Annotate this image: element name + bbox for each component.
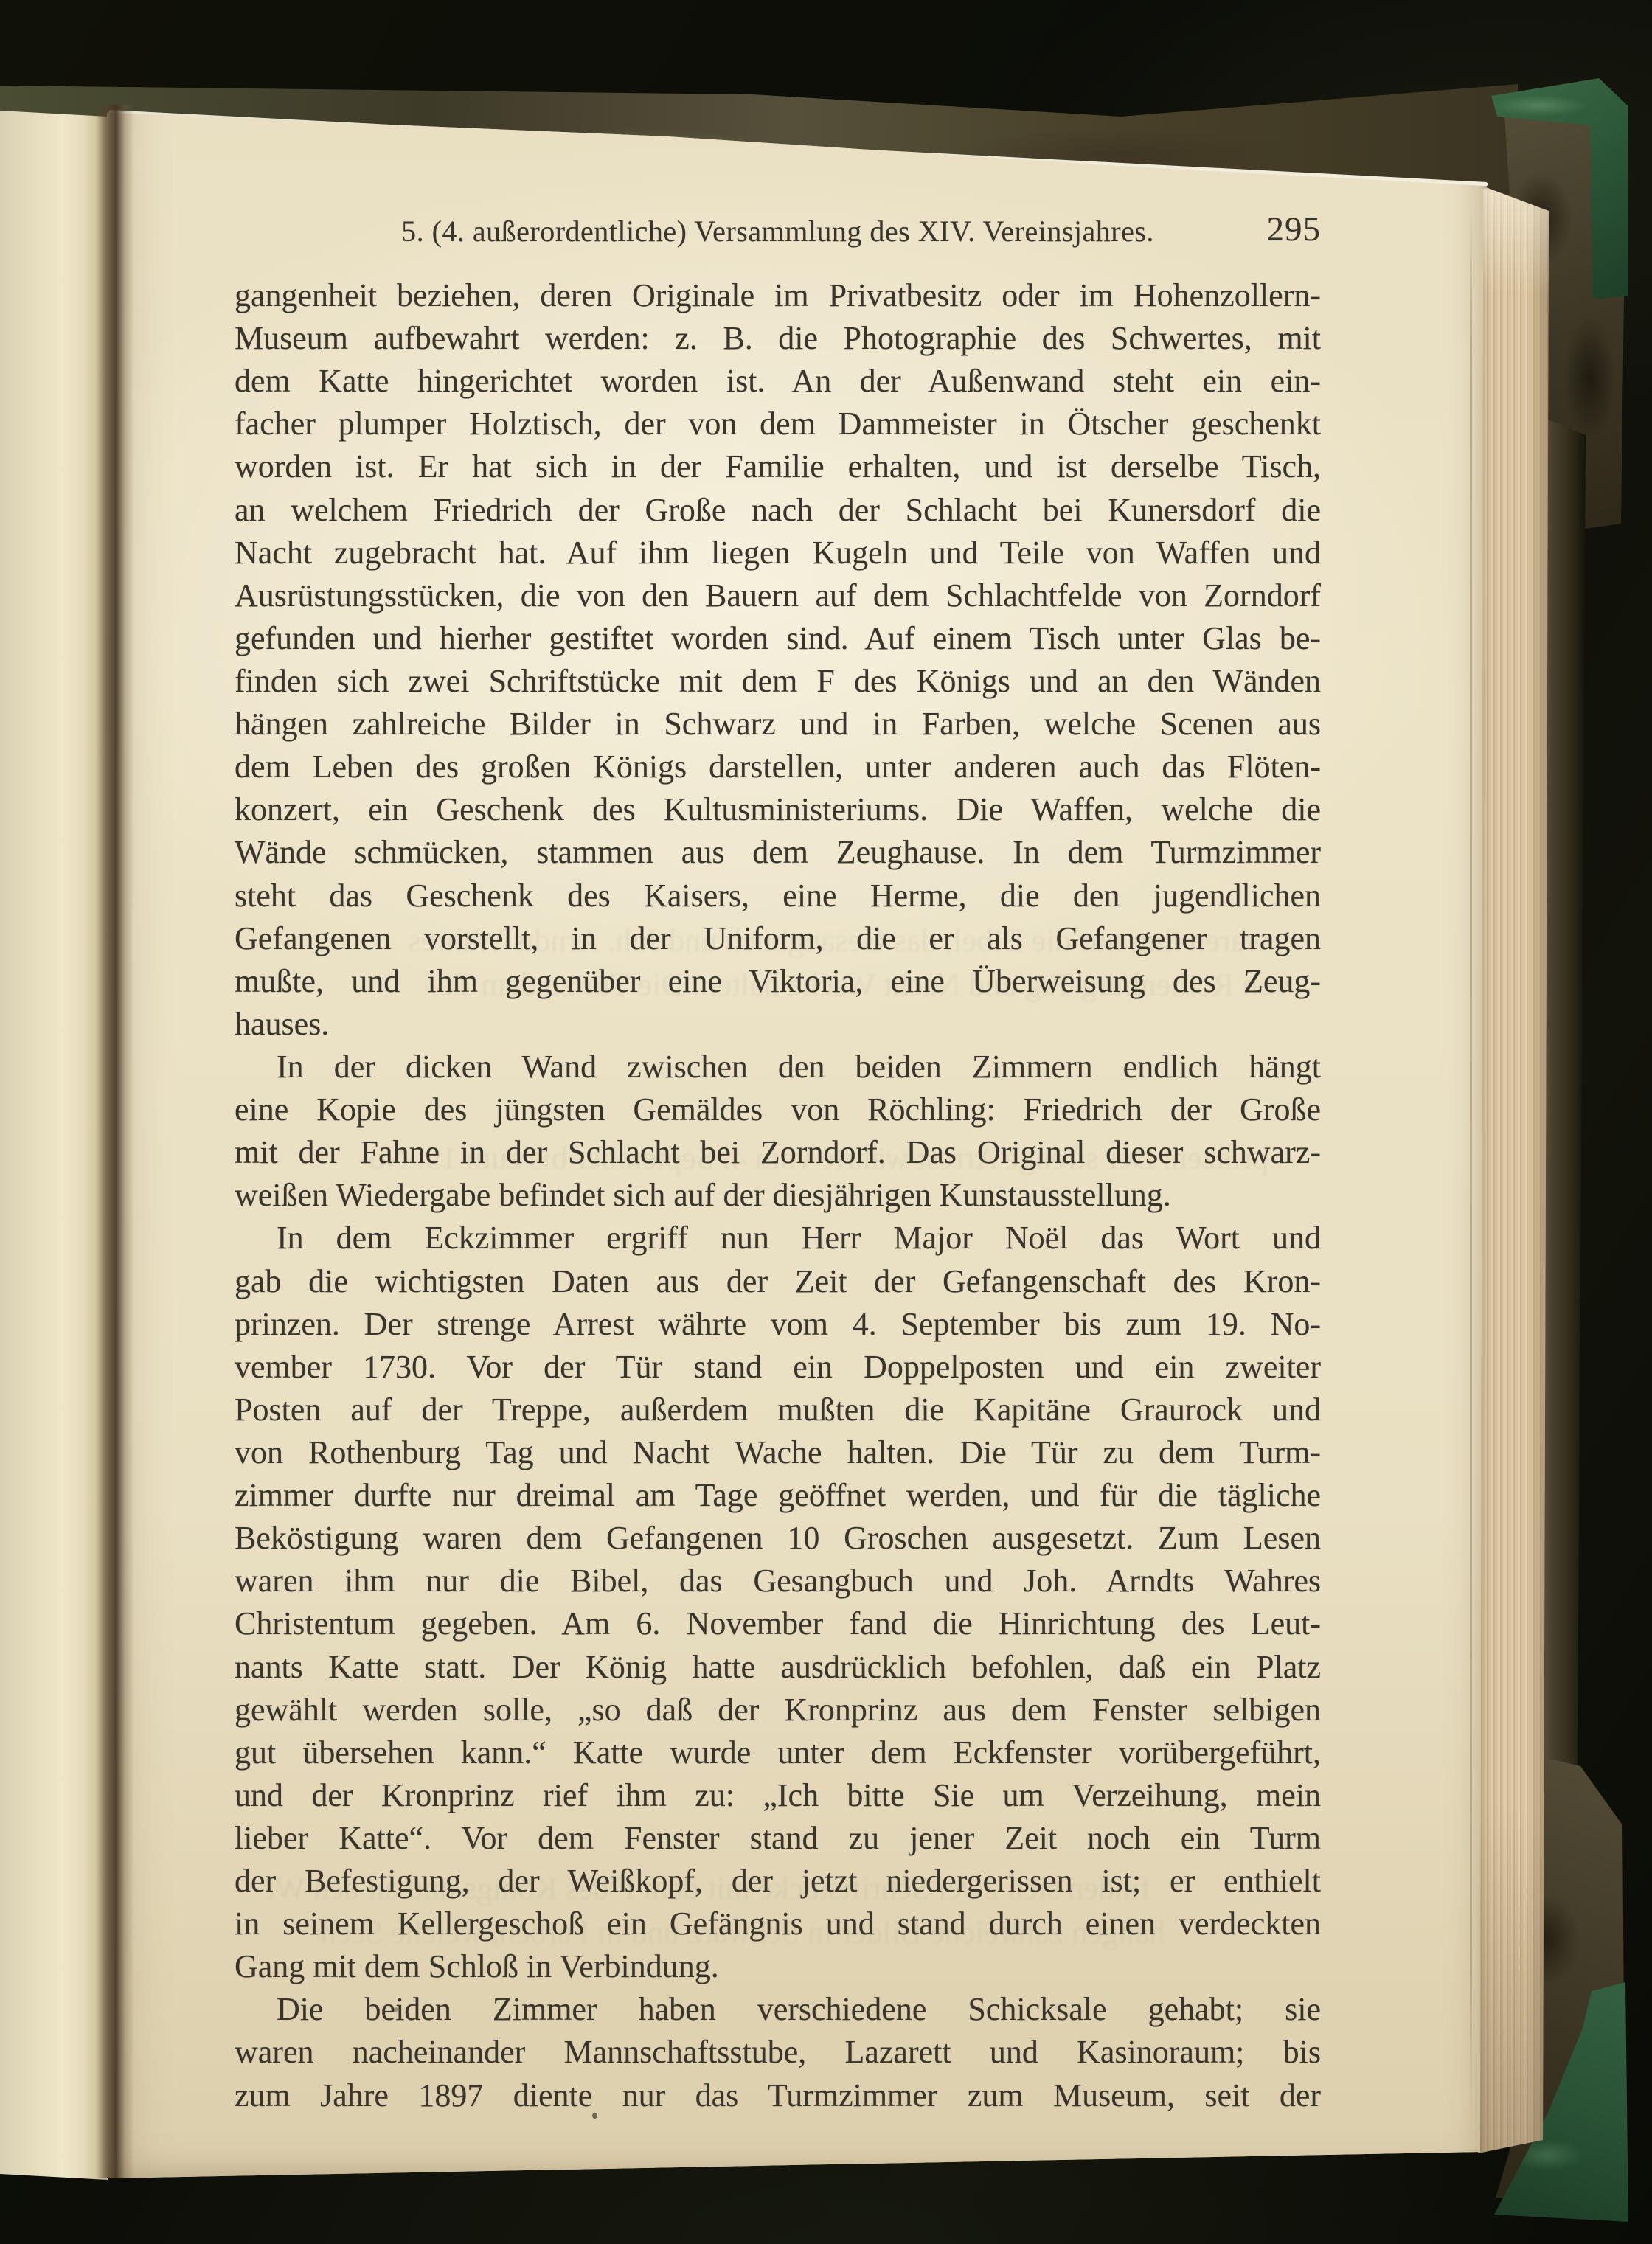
text-line: und der Kronprinz rief ihm zu: „Ich bitt… [235,1774,1321,1817]
text-line: dem Leben des großen Königs darstellen, … [235,746,1321,788]
text-line: gab die wichtigsten Daten aus der Zeit d… [235,1260,1321,1303]
body-text: gangenheit beziehen, deren Originale im … [235,274,1321,2117]
paper-speck [592,2113,597,2119]
text-line: zum Jahre 1897 diente nur das Turmzimmer… [235,2074,1321,2117]
gutter-shadow [96,105,134,2178]
text-line: Beköstigung waren dem Gefangenen 10 Gros… [235,1517,1321,1560]
text-line: Christentum gegeben. Am 6. November fand… [235,1602,1321,1645]
page-number: 295 [1267,209,1322,249]
text-line: dem Katte hingerichtet worden ist. An de… [235,360,1321,403]
text-line: In dem Eckzimmer ergriff nun Herr Major … [235,1217,1321,1260]
ink-showthrough: von Rothenburg Tag und Nacht Wache halte… [442,966,1291,1004]
screenshot-root: { "page": { "header": { "title": "5. (4.… [0,0,1652,2244]
text-line: Wände schmücken, stammen aus dem Zeughau… [235,831,1321,874]
text-line: gangenheit beziehen, deren Originale im … [235,274,1321,317]
text-line: lieber Katte“. Vor dem Fenster stand zu … [235,1817,1321,1860]
text-line: prinzen. Der strenge Arrest währte vom 4… [235,1303,1321,1346]
text-line: nants Katte statt. Der König hatte ausdr… [235,1646,1321,1689]
text-line: gewählt werden solle, „so daß der Kronpr… [235,1689,1321,1731]
text-line: finden sich zwei Schriftstücke mit dem F… [235,660,1321,703]
text-line: steht das Geschenk des Kaisers, eine Her… [235,875,1321,917]
ink-showthrough: finden sich zwei Schriftstücke mit dem F… [265,1869,1150,1907]
ink-showthrough: waren ihm nur die Bibel, das Gesangbuch … [347,922,1268,959]
text-line: weißen Wiedergabe befindet sich auf der … [235,1174,1321,1217]
page-crease [1470,199,1472,2139]
text-line: vember 1730. Vor der Tür stand ein Doppe… [235,1346,1321,1389]
text-line: gut übersehen kann.“ Katte wurde unter d… [235,1731,1321,1774]
text-line: waren ihm nur die Bibel, das Gesangbuch … [235,1560,1321,1602]
text-line: gefunden und hierher gestiftet worden si… [235,617,1321,660]
text-line: Ausrüstungsstücken, die von den Bauern a… [235,574,1321,617]
ink-showthrough: prinzen. Der strenge Arrest währte vom 4… [310,1139,1268,1177]
text-line: Museum aufbewahrt werden: z. B. die Phot… [235,317,1321,360]
ink-showthrough: hängen zahlreiche Bilder in Schwarz und … [317,1914,1165,1951]
text-line: Gang mit dem Schloß in Verbindung. [235,1945,1321,1988]
text-line: an welchem Friedrich der Große nach der … [235,489,1321,532]
text-line: eine Kopie des jüngsten Gemäldes von Röc… [235,1088,1321,1131]
text-line: zimmer durfte nur dreimal am Tage geöffn… [235,1474,1321,1517]
paper-speck [394,2007,398,2012]
previous-page-strip [0,102,108,2183]
text-line: worden ist. Er hat sich in der Familie e… [235,445,1321,488]
text-line: waren nacheinander Mannschaftsstube, Laz… [235,2031,1321,2074]
running-title: 5. (4. außerordentliche) Versammlung des… [235,214,1321,249]
fore-edge-page-block [1478,176,1550,2163]
text-line: konzert, ein Geschenk des Kultusminister… [235,788,1321,831]
text-line: In der dicken Wand zwischen den beiden Z… [235,1046,1321,1088]
text-line: hängen zahlreiche Bilder in Schwarz und … [235,703,1321,746]
page-header: 5. (4. außerordentliche) Versammlung des… [235,208,1321,257]
text-line: Nacht zugebracht hat. Auf ihm liegen Kug… [235,532,1321,574]
text-line: Posten auf der Treppe, außerdem mußten d… [235,1389,1321,1431]
text-line: hauses. [235,1003,1321,1046]
text-line: facher plumper Holztisch, der von dem Da… [235,403,1321,445]
text-line: von Rothenburg Tag und Nacht Wache halte… [235,1431,1321,1474]
